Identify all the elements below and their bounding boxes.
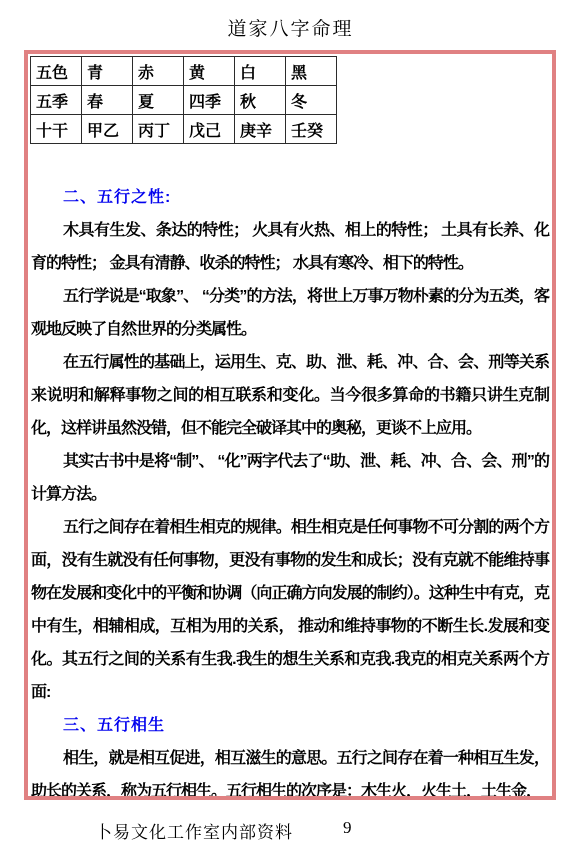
table-cell: 赤 [133,57,184,86]
table-cell: 四季 [184,86,235,115]
document-body: 二、五行之性: 木具有生发、条达的特性； 火具有火热、相上的特性； 土具有长养、… [30,181,550,800]
table-cell: 黑 [286,57,337,86]
table-cell: 青 [82,57,133,86]
table-cell: 夏 [133,86,184,115]
page-number: 9 [343,818,352,838]
section-heading-wuxing-xiangsheng: 三、五行相生 [31,709,549,742]
footer-text: 卜易文化工作室内部资料 [95,818,293,843]
five-elements-table: 五色 青 赤 黄 白 黑 五季 春 夏 四季 秋 冬 十干 甲乙 丙丁 戊己 庚… [30,56,337,144]
table-cell: 春 [82,86,133,115]
paragraph: 五行学说是“取象”、 “分类”的方法，将世上万事万物朴素的分为五类，客观地反映了… [31,280,549,346]
table-cell: 五色 [31,57,82,86]
table-cell: 五季 [31,86,82,115]
table-row: 五色 青 赤 黄 白 黑 [31,57,337,86]
section-heading-wuxing-zhixing: 二、五行之性: [31,181,549,214]
paragraph: 在五行属性的基础上，运用生、克、助、泄、耗、冲、合、会、刑等关系来说明和解释事物… [31,346,549,445]
paragraph: 木具有生发、条达的特性； 火具有火热、相上的特性； 土具有长养、化育的特性； 金… [31,214,549,280]
table-row: 五季 春 夏 四季 秋 冬 [31,86,337,115]
paragraph: 其实古书中是将“制”、 “化”两字代去了“助、泄、耗、冲、合、会、刑”的计算方法… [31,445,549,511]
table-cell: 丙丁 [133,115,184,144]
table-row: 十干 甲乙 丙丁 戊己 庚辛 壬癸 [31,115,337,144]
table-cell: 庚辛 [235,115,286,144]
table-cell: 十干 [31,115,82,144]
table-cell: 白 [235,57,286,86]
paragraph: 五行之间存在着相生相克的规律。相生相克是任何事物不可分割的两个方面，没有生就没有… [31,511,549,709]
page-title: 道家八字命理 [0,14,581,41]
paragraph: 相生，就是相互促进，相互滋生的意思。五行之间存在着一种相互生发，助长的关系，称为… [31,742,549,800]
table-cell: 秋 [235,86,286,115]
table-cell: 冬 [286,86,337,115]
table-cell: 戊己 [184,115,235,144]
table-cell: 甲乙 [82,115,133,144]
table-cell: 黄 [184,57,235,86]
content-frame: 五色 青 赤 黄 白 黑 五季 春 夏 四季 秋 冬 十干 甲乙 丙丁 戊己 庚… [24,50,556,800]
table-cell: 壬癸 [286,115,337,144]
